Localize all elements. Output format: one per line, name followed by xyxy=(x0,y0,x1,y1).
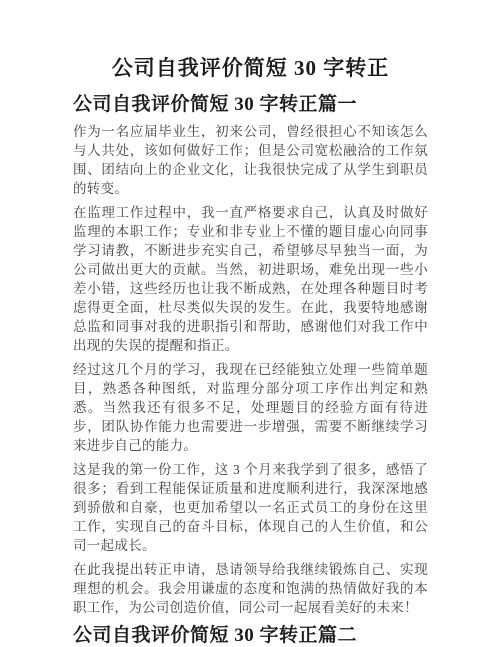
paragraph-regularization-request: 在此我提出转正申请，恳请领导给我继续锻炼自己、实现理想的机会。我会用谦虚的态度和… xyxy=(73,560,428,617)
paragraph-supervision-work: 在监理工作过程中，我一直严格要求自己，认真及时做好监理的本职工作；专业和非专业上… xyxy=(73,203,428,355)
page-title: 公司自我评价简短 30 字转正 xyxy=(73,55,428,82)
document-page: 公司自我评价简短 30 字转正 公司自我评价简短 30 字转正篇一 作为一名应届… xyxy=(0,0,500,647)
section-heading-part-one: 公司自我评价简短 30 字转正篇一 xyxy=(73,92,428,117)
paragraph-months-learning: 经过这几个月的学习，我现在已经能独立处理一些简单题目，熟悉各种图纸，对监理分部分… xyxy=(73,360,428,455)
paragraph-first-job: 这是我的第一份工作，这 3 个月来我学到了很多，感悟了很多；看到工程能保证质量和… xyxy=(73,460,428,555)
section-heading-part-two: 公司自我评价简短 30 字转正篇二 xyxy=(73,623,428,647)
paragraph-intro-graduate: 作为一名应届毕业生，初来公司，曾经很担心不知该怎么与人共处，该如何做好工作；但是… xyxy=(73,122,428,198)
